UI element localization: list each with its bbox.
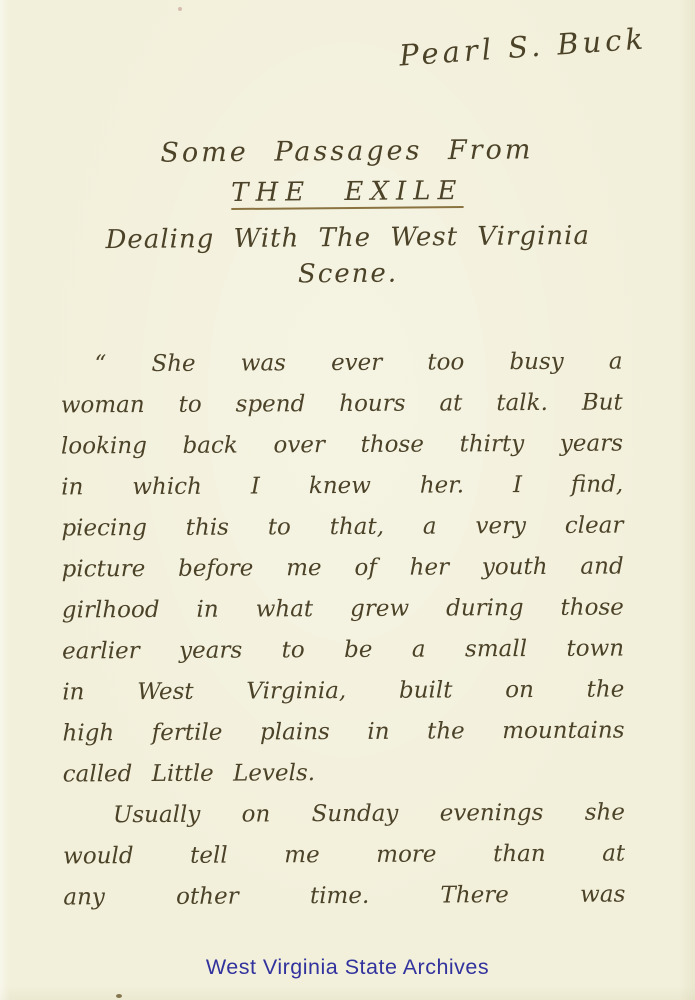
scan-speck bbox=[116, 994, 122, 998]
manuscript-line: woman to spend hours at talk. But bbox=[61, 390, 623, 434]
manuscript-line: in West Virginia, built on the bbox=[62, 677, 624, 721]
archive-caption: West Virginia State Archives bbox=[0, 955, 695, 980]
manuscript-line: would tell me more than at bbox=[63, 841, 625, 885]
manuscript-line: any other time. There was bbox=[63, 882, 625, 926]
manuscript-line: piecing this to that, a very clear bbox=[61, 513, 623, 557]
scan-speck bbox=[178, 7, 182, 11]
manuscript-line: in which I knew her. I find, bbox=[61, 472, 623, 516]
manuscript-line: “ She was ever too busy a bbox=[61, 349, 623, 393]
title-line-dealing-with: Dealing With The West Virginia bbox=[0, 220, 695, 256]
author-signature: Pearl S. Buck bbox=[398, 21, 648, 72]
manuscript-line: looking back over those thirty years bbox=[61, 431, 623, 475]
manuscript-line: girlhood in what grew during those bbox=[62, 595, 624, 639]
manuscript-line: called Little Levels. bbox=[63, 759, 625, 803]
title-book-name: THE EXILE bbox=[0, 174, 695, 210]
scanned-manuscript-page: Pearl S. Buck Some Passages From THE EXI… bbox=[0, 0, 695, 1000]
manuscript-line: Usually on Sunday evenings she bbox=[63, 800, 625, 844]
title-block: Some Passages From THE EXILE Dealing Wit… bbox=[0, 133, 695, 292]
manuscript-line: high fertile plains in the mountains bbox=[62, 718, 624, 762]
manuscript-line: earlier years to be a small town bbox=[62, 636, 624, 680]
manuscript-body: “ She was ever too busy a woman to spend… bbox=[61, 349, 626, 926]
title-line-passages-from: Some Passages From bbox=[0, 133, 695, 170]
title-line-scene: Scene. bbox=[0, 256, 695, 292]
manuscript-line: picture before me of her youth and bbox=[62, 554, 624, 598]
